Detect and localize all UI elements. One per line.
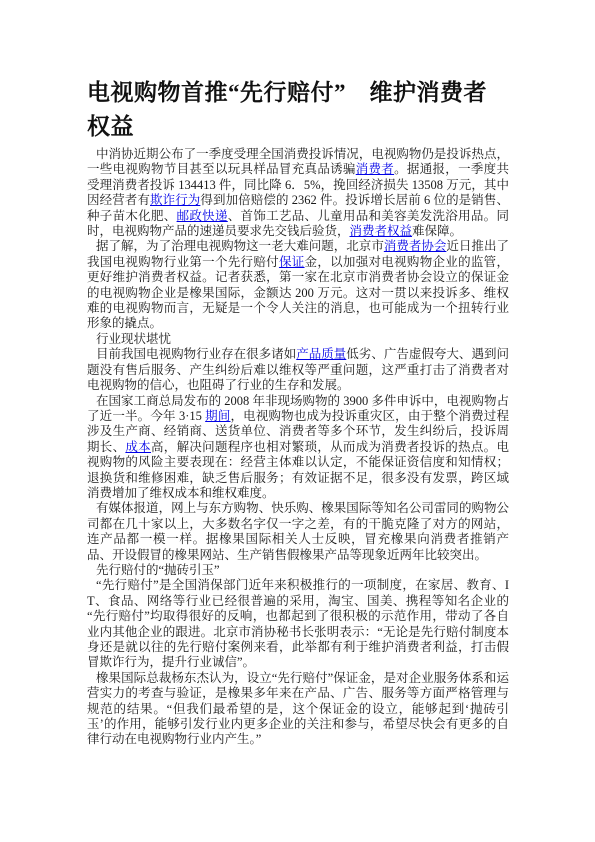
document-page: 电视购物首推“先行赔付” 维护消费者权益 中消协近期公布了一季度受理全国消费投诉… — [0, 0, 595, 842]
text-run: 橡果国际总裁杨东杰认为，设立“先行赔付”保证金，是对企业服务体系和运营实力的考查… — [87, 671, 509, 747]
text-run: 先行赔付的“抛砖引玉” — [96, 563, 220, 577]
text-run: 行业现状堪忧 — [96, 332, 171, 346]
paragraph-counterfeit-report: 有媒体报道，网上与东方购物、快乐购、橡果国际等知名公司雷同的购物公司都在几十家以… — [87, 501, 509, 563]
paragraph-guarantee-fund: 据了解，为了治理电视购物这一老大难问题，北京市消费者协会近日推出了我国电视购物行… — [87, 239, 509, 331]
paragraph-compensation-system: “先行赔付”是全国消保部门近年来积极推行的一项制度，在家居、教育、IT、食品、网… — [87, 578, 509, 670]
text-run: 难保障。 — [412, 224, 462, 238]
inline-link[interactable]: 保证 — [279, 255, 305, 269]
inline-link[interactable]: 消费者协会 — [384, 239, 447, 253]
text-run: 有媒体报道，网上与东方购物、快乐购、橡果国际等知名公司雷同的购物公司都在几十家以… — [87, 501, 509, 561]
section-heading-compensation: 先行赔付的“抛砖引玉” — [87, 563, 509, 578]
paragraph-ceo-statement: 橡果国际总裁杨东杰认为，设立“先行赔付”保证金，是对企业服务体系和运营实力的考查… — [87, 671, 509, 748]
text-run: “先行赔付”是全国消保部门近年来积极推行的一项制度，在家居、教育、IT、食品、网… — [87, 578, 509, 669]
page-title: 电视购物首推“先行赔付” 维护消费者权益 — [87, 76, 509, 144]
paragraph-intro: 中消协近期公布了一季度受理全国消费投诉情况，电视购物仍是投诉热点，一些电视购物节… — [87, 147, 509, 239]
text-run: 目前我国电视购物行业存在很多诸如 — [96, 347, 296, 361]
inline-link[interactable]: 产品质量 — [296, 347, 346, 361]
inline-link[interactable]: 欺诈行为 — [150, 193, 200, 207]
text-run: 高，解决问题程序也相对繁琐，从而成为消费者投诉的热点。电视购物的风险主要表现在：… — [87, 440, 509, 500]
document-body: 中消协近期公布了一季度受理全国消费投诉情况，电视购物仍是投诉热点，一些电视购物节… — [87, 147, 509, 748]
paragraph-complaint-statistics: 在国家工商总局发布的 2008 年非现场购物的 3900 多件申诉中，电视购物占… — [87, 394, 509, 502]
inline-link[interactable]: 期间 — [205, 409, 230, 423]
inline-link[interactable]: 邮政快递 — [177, 209, 228, 223]
section-heading-industry-status: 行业现状堪忧 — [87, 332, 509, 347]
inline-link[interactable]: 消费者 — [356, 162, 394, 176]
document-content: 电视购物首推“先行赔付” 维护消费者权益 中消协近期公布了一季度受理全国消费投诉… — [87, 76, 509, 748]
text-run: 据了解，为了治理电视购物这一老大难问题，北京市 — [96, 239, 384, 253]
paragraph-industry-problems: 目前我国电视购物行业存在很多诸如产品质量低劣、广告虚假夸大、遇到问题没有售后服务… — [87, 347, 509, 393]
inline-link[interactable]: 成本 — [125, 440, 151, 454]
inline-link[interactable]: 消费者权益 — [350, 224, 413, 238]
